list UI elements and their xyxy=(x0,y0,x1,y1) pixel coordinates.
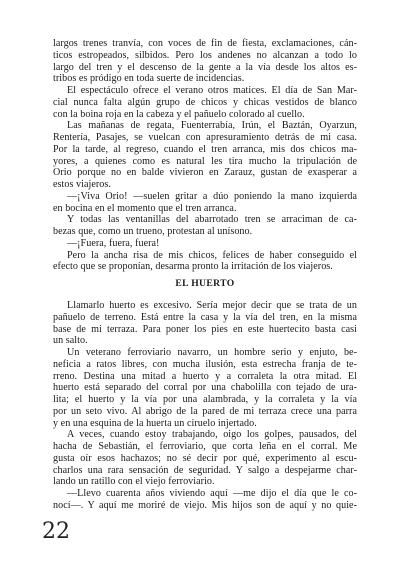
text-line: Pero la ancha risa de mis chicos, felice… xyxy=(53,250,357,262)
text-line: por un seto vivo. Al abrigo de la pared … xyxy=(53,406,357,418)
text-line: charlos una rara sensación de seguridad.… xyxy=(53,465,357,477)
text-line: cial nunca falta algún grupo de chicos y… xyxy=(53,97,357,109)
text-line: y en una esquina de la huerta un ciruelo… xyxy=(53,418,357,430)
text-line: estos viajeros. xyxy=(53,179,357,191)
text-line: Orio porque no en balde vivieron en Zara… xyxy=(53,167,357,179)
text-line: —¡Fuera, fuera, fuera! xyxy=(53,238,357,250)
text-line: tribos es pródigo en toda suerte de inci… xyxy=(53,73,357,85)
text-line: rreno. Destina una mitad a huerto y a co… xyxy=(53,371,357,383)
text-line: base de mi terraza. Para poner los pies … xyxy=(53,324,357,336)
text-line: Llamarlo huerto es excesivo. Sería mejor… xyxy=(53,300,357,312)
text-line: bezas que, como un trueno, protestan al … xyxy=(53,226,357,238)
text-line: A veces, cuando estoy trabajando, oigo l… xyxy=(53,429,357,441)
text-line: lando un ratillo con el viejo ferroviari… xyxy=(53,476,357,488)
text-line: largos trenes tranvía, con voces de fin … xyxy=(53,38,357,50)
text-line: —¡Viva Orio! —suelen gritar a dúo ponien… xyxy=(53,191,357,203)
text-line: Y todas las ventanillas del abarrotado t… xyxy=(53,214,357,226)
text-line: Rentería, Pasajes, se vuelcan con apresu… xyxy=(53,132,357,144)
text-line: pañuelo de terreno. Está entre la casa y… xyxy=(53,312,357,324)
page-number: 22 xyxy=(42,519,70,544)
text-line: en bocina en el momento que el tren arra… xyxy=(53,203,357,215)
text-line: largo del tren y el descenso de la gente… xyxy=(53,62,357,74)
text-section-one: largos trenes tranvía, con voces de fin … xyxy=(53,38,357,273)
text-line: gusta oír esos hachazos; no sé decir por… xyxy=(53,453,357,465)
section-heading: EL HUERTO xyxy=(53,278,357,289)
text-line: con la boina roja en la cabeza y el pañu… xyxy=(53,109,357,121)
text-line: neficia a ratos libres, con mucha ilusió… xyxy=(53,359,357,371)
text-line: efecto que se proponían, desarma pronto … xyxy=(53,261,357,273)
book-page: largos trenes tranvía, con voces de fin … xyxy=(0,0,397,567)
text-line: yores, a quienes como es natural les tir… xyxy=(53,156,357,168)
text-line: un salto. xyxy=(53,335,357,347)
text-line: Las mañanas de regata, Fuenterrabía, Irú… xyxy=(53,120,357,132)
text-section-two: Llamarlo huerto es excesivo. Sería mejor… xyxy=(53,300,357,512)
text-line: El espectáculo ofrece el verano otros ma… xyxy=(53,85,357,97)
text-line: Por la tarde, al regreso, cuando el tren… xyxy=(53,144,357,156)
text-line: —Llevo cuarenta años viviendo aquí —me d… xyxy=(53,488,357,500)
text-line: nocí—. Y aquí me moriré de viejo. Mis hi… xyxy=(53,500,357,512)
text-line: ticos estropeados, silbidos. Pero los an… xyxy=(53,50,357,62)
text-line: lita; el huerto y la vía por una alambra… xyxy=(53,394,357,406)
text-line: Un veterano ferroviario navarro, un homb… xyxy=(53,347,357,359)
text-line: hacha de Sebastián, el ferroviario, que … xyxy=(53,441,357,453)
text-line: huerto está separado del corral por una … xyxy=(53,382,357,394)
